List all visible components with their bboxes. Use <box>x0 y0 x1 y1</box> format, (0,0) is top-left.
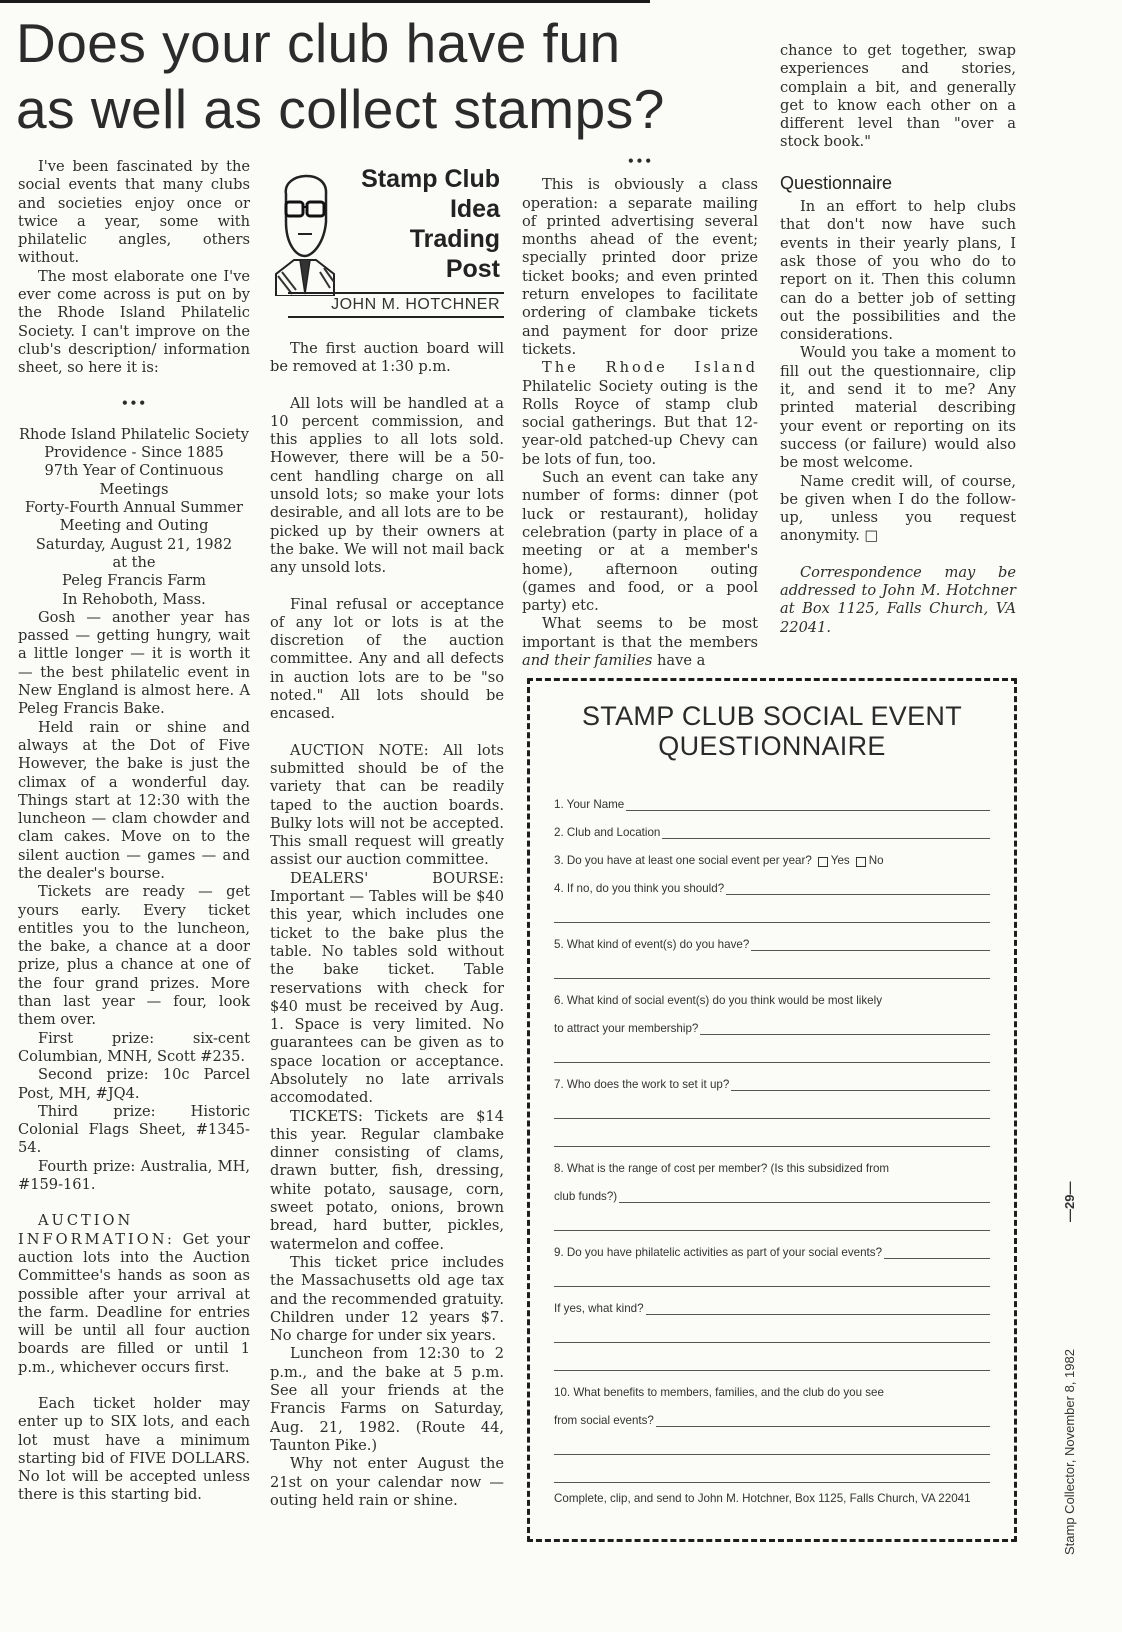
questionnaire-form: STAMP CLUB SOCIAL EVENT QUESTIONNAIRE 1.… <box>527 678 1017 1542</box>
auction-info: AUCTION INFORMATION: Get your auction lo… <box>18 1212 250 1377</box>
answer-field[interactable] <box>726 882 990 895</box>
answer-field[interactable] <box>554 1218 990 1231</box>
answer-field[interactable] <box>700 1022 990 1035</box>
publication-line: Stamp Collector, November 8, 1982 <box>1062 1349 1077 1555</box>
question-10: 10. What benefits to members, families, … <box>554 1371 990 1483</box>
answer-field[interactable] <box>554 1470 990 1483</box>
column-logo: Stamp Club Idea Trading Post JOHN M. HOT… <box>270 160 504 320</box>
answer-field[interactable] <box>619 1190 990 1203</box>
separator-dots: ••• <box>522 152 758 170</box>
question-5: 5. What kind of event(s) do you have? <box>554 923 990 979</box>
sheet-line: at the <box>18 554 250 572</box>
sheet-line: Peleg Francis Farm <box>18 572 250 590</box>
paragraph: Name credit will, of course, be given wh… <box>780 473 1016 546</box>
paragraph: Held rain or shine and always at the Dot… <box>18 719 250 884</box>
sheet-line: In Rehoboth, Mass. <box>18 591 250 609</box>
question-3: 3. Do you have at least one social event… <box>554 839 990 867</box>
answer-field[interactable] <box>646 1302 990 1315</box>
question-6: 6. What kind of social event(s) do you t… <box>554 979 990 1063</box>
paragraph: Such an event can take any number of for… <box>522 469 758 615</box>
column-1: I've been fascinated by the social event… <box>18 158 250 1505</box>
paragraph: Why not enter August the 21st on your ca… <box>270 1455 504 1510</box>
dealers-bourse: DEALERS' BOURSE: Important — Tables will… <box>270 870 504 1108</box>
answer-field[interactable] <box>554 1358 990 1371</box>
answer-field[interactable] <box>554 1274 990 1287</box>
answer-field[interactable] <box>554 1134 990 1147</box>
column-title: Stamp Club Idea Trading Post <box>361 164 500 284</box>
correspondence-note: Correspondence may be addressed to John … <box>780 564 1016 637</box>
answer-field[interactable] <box>884 1246 990 1259</box>
paragraph: What seems to be most important is that … <box>522 615 758 670</box>
section-heading: Questionnaire <box>780 174 1016 192</box>
question-8: 8. What is the range of cost per member?… <box>554 1147 990 1231</box>
top-rule <box>0 0 650 3</box>
paragraph: This ticket price includes the Massachus… <box>270 1254 504 1345</box>
answer-field[interactable] <box>731 1078 990 1091</box>
separator-dots: ••• <box>18 394 250 412</box>
column-4: chance to get together, swap experiences… <box>780 42 1016 637</box>
question-9: 9. Do you have philatelic activities as … <box>554 1231 990 1371</box>
column-2: The first auction board will be removed … <box>270 340 504 1510</box>
answer-field[interactable] <box>751 938 990 951</box>
paragraph: Would you take a moment to fill out the … <box>780 344 1016 472</box>
prize-2: Second prize: 10c Parcel Post, MH, #JQ4. <box>18 1066 250 1103</box>
paragraph: Each ticket holder may enter up to SIX l… <box>18 1395 250 1505</box>
question-2: 2. Club and Location <box>554 811 990 839</box>
sheet-line: Meeting and Outing <box>18 517 250 535</box>
paragraph: All lots will be handled at a 10 percent… <box>270 395 504 578</box>
paragraph: Tickets are ready — get yours early. Eve… <box>18 883 250 1029</box>
answer-field[interactable] <box>554 1106 990 1119</box>
club-location-field[interactable] <box>662 826 990 839</box>
tickets: TICKETS: Tickets are $14 this year. Regu… <box>270 1108 504 1254</box>
headline-line-2: as well as collect stamps? <box>16 78 665 140</box>
page-number: —29— <box>1062 1182 1077 1222</box>
paragraph: Gosh — another year has passed — getting… <box>18 609 250 719</box>
divider <box>288 292 504 294</box>
paragraph: Luncheon from 12:30 to 2 p.m., and the b… <box>270 1345 504 1455</box>
sheet-line: Rhode Island Philatelic Society <box>18 426 250 444</box>
byline: JOHN M. HOTCHNER <box>331 296 500 314</box>
answer-field[interactable] <box>554 1050 990 1063</box>
paragraph: The Rhode Island Philatelic Society outi… <box>522 359 758 469</box>
question-7: 7. Who does the work to set it up? <box>554 1063 990 1147</box>
column-3: ••• This is obviously a class operation:… <box>522 152 758 670</box>
info-sheet: Rhode Island Philatelic Society Providen… <box>18 426 250 609</box>
sheet-line: Providence - Since 1885 <box>18 444 250 462</box>
question-1: 1. Your Name <box>554 783 990 811</box>
headline-line-1: Does your club have fun <box>16 12 621 74</box>
paragraph: chance to get together, swap experiences… <box>780 42 1016 152</box>
no-checkbox[interactable] <box>856 857 866 867</box>
auction-info-label: AUCTION INFORMATION: <box>18 1212 175 1247</box>
sheet-line: 97th Year of Continuous Meetings <box>18 462 250 499</box>
author-portrait-icon <box>272 164 338 296</box>
divider <box>288 316 504 318</box>
name-field[interactable] <box>626 798 990 811</box>
auction-note: AUCTION NOTE: All lots submitted should … <box>270 742 504 870</box>
paragraph: Final refusal or acceptance of any lot o… <box>270 596 504 724</box>
question-4: 4. If no, do you think you should? <box>554 867 990 923</box>
questionnaire-title: STAMP CLUB SOCIAL EVENT QUESTIONNAIRE <box>530 701 1014 761</box>
answer-field[interactable] <box>554 910 990 923</box>
paragraph: In an effort to help clubs that don't no… <box>780 198 1016 344</box>
answer-field[interactable] <box>656 1414 990 1427</box>
answer-field[interactable] <box>554 966 990 979</box>
paragraph: The first auction board will be removed … <box>270 340 504 377</box>
headline: Does your club have fun as well as colle… <box>16 10 786 142</box>
questionnaire-footer: Complete, clip, and send to John M. Hotc… <box>554 1491 990 1507</box>
sheet-line: Saturday, August 21, 1982 <box>18 536 250 554</box>
prize-4: Fourth prize: Australia, MH, #159-161. <box>18 1158 250 1195</box>
paragraph: This is obviously a class operation: a s… <box>522 176 758 359</box>
sheet-line: Forty-Fourth Annual Summer <box>18 499 250 517</box>
end-mark-icon: □ <box>865 527 879 544</box>
answer-field[interactable] <box>554 1442 990 1455</box>
paragraph: The most elaborate one I've ever come ac… <box>18 268 250 378</box>
prize-3: Third prize: Historic Colonial Flags She… <box>18 1103 250 1158</box>
yes-checkbox[interactable] <box>818 857 828 867</box>
answer-field[interactable] <box>554 1330 990 1343</box>
prize-1: First prize: six-cent Columbian, MNH, Sc… <box>18 1030 250 1067</box>
paragraph: I've been fascinated by the social event… <box>18 158 250 268</box>
